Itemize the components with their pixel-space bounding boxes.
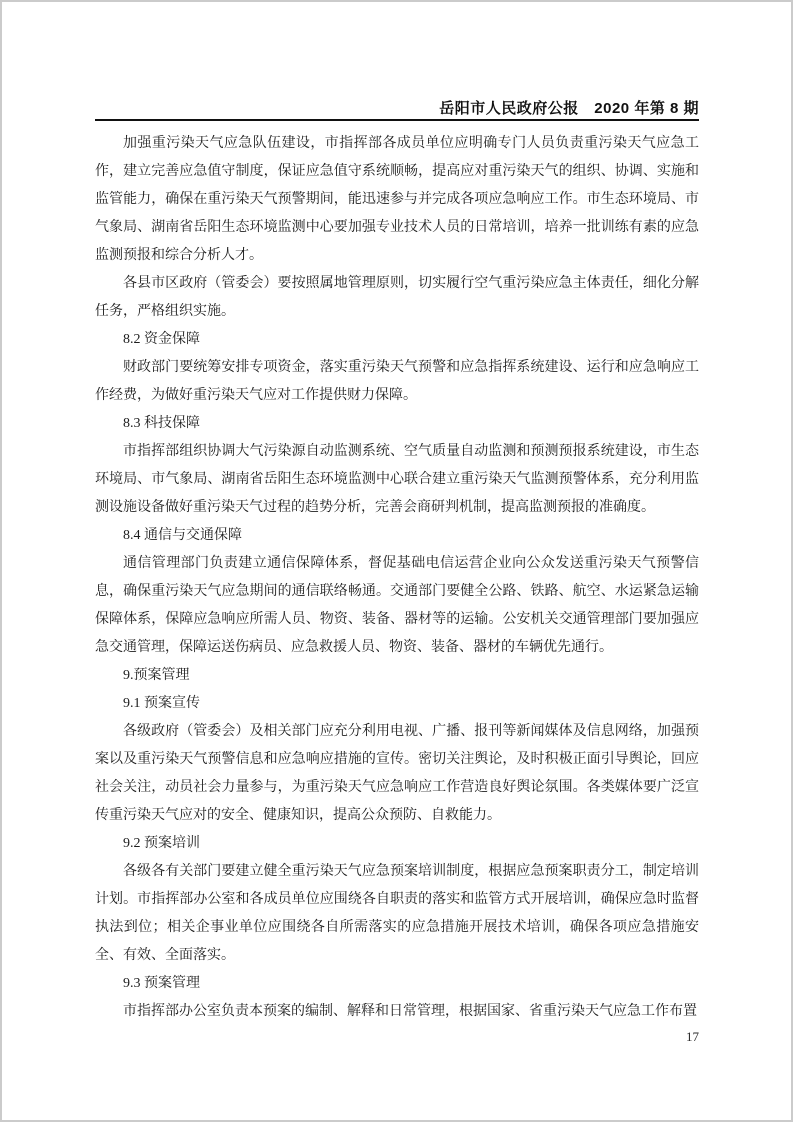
header-rule xyxy=(95,119,699,121)
body-paragraph: 市指挥部办公室负责本预案的编制、解释和日常管理，根据国家、省重污染天气应急工作布… xyxy=(95,998,699,1026)
section-heading: 8.4 通信与交通保障 xyxy=(95,522,699,550)
document-body: 加强重污染天气应急队伍建设，市指挥部各成员单位应明确专门人员负责重污染天气应急工… xyxy=(95,130,699,1026)
section-heading: 8.2 资金保障 xyxy=(95,326,699,354)
body-paragraph: 各级政府（管委会）及相关部门应充分利用电视、广播、报刊等新闻媒体及信息网络，加强… xyxy=(95,718,699,830)
page-header-title: 岳阳市人民政府公报 2020 年第 8 期 xyxy=(95,97,699,118)
body-paragraph: 财政部门要统筹安排专项资金，落实重污染天气预警和应急指挥系统建设、运行和应急响应… xyxy=(95,354,699,410)
body-paragraph: 市指挥部组织协调大气污染源自动监测系统、空气质量自动监测和预测预报系统建设，市生… xyxy=(95,438,699,522)
section-heading: 9.3 预案管理 xyxy=(95,970,699,998)
body-paragraph: 加强重污染天气应急队伍建设，市指挥部各成员单位应明确专门人员负责重污染天气应急工… xyxy=(95,130,699,270)
page-number: 17 xyxy=(95,1024,699,1050)
section-heading: 9.1 预案宣传 xyxy=(95,690,699,718)
gazette-page: 岳阳市人民政府公报 2020 年第 8 期 加强重污染天气应急队伍建设，市指挥部… xyxy=(0,0,793,1122)
section-heading: 9.2 预案培训 xyxy=(95,830,699,858)
body-paragraph: 通信管理部门负责建立通信保障体系，督促基础电信运营企业向公众发送重污染天气预警信… xyxy=(95,550,699,662)
section-heading: 9.预案管理 xyxy=(95,662,699,690)
section-heading: 8.3 科技保障 xyxy=(95,410,699,438)
body-paragraph: 各县市区政府（管委会）要按照属地管理原则，切实履行空气重污染应急主体责任，细化分… xyxy=(95,270,699,326)
body-paragraph: 各级各有关部门要建立健全重污染天气应急预案培训制度，根据应急预案职责分工，制定培… xyxy=(95,858,699,970)
